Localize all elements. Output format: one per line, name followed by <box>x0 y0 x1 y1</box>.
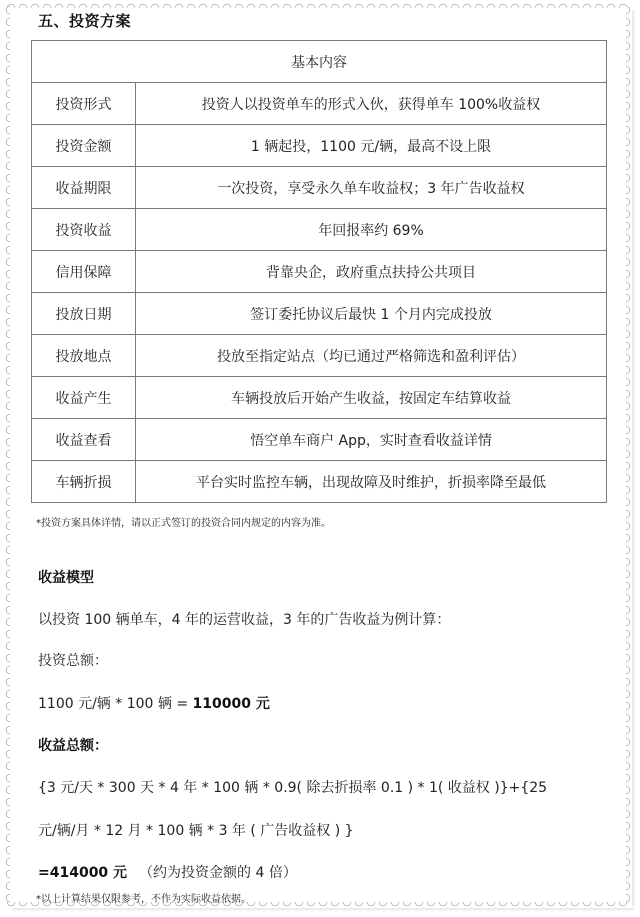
row-label: 投放地点 <box>32 335 136 377</box>
table-row: 收益查看 悟空单车商户 App，实时查看收益详情 <box>32 419 607 461</box>
model-description: 以投资 100 辆单车，4 年的运营收益，3 年的广告收益为例计算： <box>38 609 450 629</box>
table-row: 信用保障 背靠央企，政府重点扶持公共项目 <box>32 251 607 293</box>
income-result-line: =414000 元（约为投资金额的 4 倍） <box>38 862 297 882</box>
row-label: 收益查看 <box>32 419 136 461</box>
table-row: 收益期限 一次投资，享受永久单车收益权；3 年广告收益权 <box>32 167 607 209</box>
income-result-note: （约为投资金额的 4 倍） <box>139 865 297 881</box>
row-value: 投放至指定站点（均已通过严格筛选和盈利评估） <box>136 335 607 377</box>
investment-plan-table: 基本内容 投资形式 投资人以投资单车的形式入伙，获得单车 100%收益权 投资金… <box>31 40 607 503</box>
row-value: 背靠央企，政府重点扶持公共项目 <box>136 251 607 293</box>
model-title: 收益模型 <box>38 567 94 587</box>
frame-shadow-right <box>632 10 636 906</box>
row-value: 平台实时监控车辆，出现故障及时维护，折损率降至最低 <box>136 461 607 503</box>
total-investment-formula: 1100 元/辆 * 100 辆 = 110000 元 <box>38 693 270 713</box>
row-label: 投资收益 <box>32 209 136 251</box>
row-label: 收益产生 <box>32 377 136 419</box>
table-row: 投资收益 年回报率约 69% <box>32 209 607 251</box>
table-row: 投放地点 投放至指定站点（均已通过严格筛选和盈利评估） <box>32 335 607 377</box>
income-formula-line-1: {3 元/天 * 300 天 * 4 年 * 100 辆 * 0.9( 除去折损… <box>38 777 547 797</box>
row-label: 投资形式 <box>32 83 136 125</box>
income-formula-line-2: 元/辆/月 * 12 月 * 100 辆 * 3 年 ( 广告收益权 ) } <box>38 820 354 840</box>
row-value: 悟空单车商户 App，实时查看收益详情 <box>136 419 607 461</box>
total-result: 110000 元 <box>193 696 270 712</box>
table-header-row: 基本内容 <box>32 41 607 83</box>
row-value: 年回报率约 69% <box>136 209 607 251</box>
row-label: 收益期限 <box>32 167 136 209</box>
row-value: 1 辆起投，1100 元/辆，最高不设上限 <box>136 125 607 167</box>
total-income-label: 收益总额： <box>38 735 108 755</box>
row-label: 车辆折损 <box>32 461 136 503</box>
frame-shadow-bottom <box>12 908 634 912</box>
model-footnote: *以上计算结果仅限参考，不作为实际收益依据。 <box>36 890 251 905</box>
row-value: 车辆投放后开始产生收益，按固定车结算收益 <box>136 377 607 419</box>
row-value: 一次投资，享受永久单车收益权；3 年广告收益权 <box>136 167 607 209</box>
table-row: 收益产生 车辆投放后开始产生收益，按固定车结算收益 <box>32 377 607 419</box>
table-header: 基本内容 <box>32 41 607 83</box>
row-label: 信用保障 <box>32 251 136 293</box>
table-row: 投资金额 1 辆起投，1100 元/辆，最高不设上限 <box>32 125 607 167</box>
row-label: 投放日期 <box>32 293 136 335</box>
total-formula-text: 1100 元/辆 * 100 辆 = <box>38 696 193 712</box>
row-value: 签订委托协议后最快 1 个月内完成投放 <box>136 293 607 335</box>
income-result: =414000 元 <box>38 865 127 881</box>
section-title: 五、投资方案 <box>38 10 131 31</box>
total-investment-label: 投资总额： <box>38 650 108 670</box>
row-value: 投资人以投资单车的形式入伙，获得单车 100%收益权 <box>136 83 607 125</box>
table-row: 投资形式 投资人以投资单车的形式入伙，获得单车 100%收益权 <box>32 83 607 125</box>
table-footnote: *投资方案具体详情，请以正式签订的投资合同内规定的内容为准。 <box>36 514 331 529</box>
table-row: 投放日期 签订委托协议后最快 1 个月内完成投放 <box>32 293 607 335</box>
table-row: 车辆折损 平台实时监控车辆，出现故障及时维护，折损率降至最低 <box>32 461 607 503</box>
row-label: 投资金额 <box>32 125 136 167</box>
